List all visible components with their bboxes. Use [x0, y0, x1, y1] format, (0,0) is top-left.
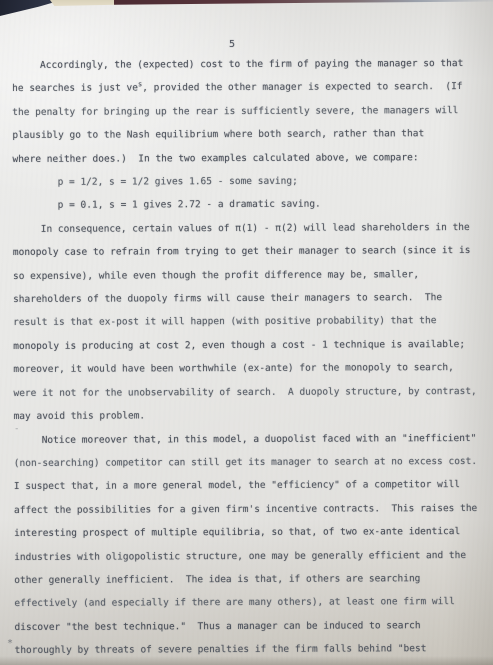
- text-segment: shareholders of the duopoly firms will c…: [13, 292, 442, 305]
- text-line: moreover, it would have been worthwhile …: [13, 356, 489, 381]
- text-segment: may avoid this problem.: [14, 411, 146, 423]
- text-line: Accordingly, the (expected) cost to the …: [12, 52, 488, 77]
- text-line: monopoly case to refrain from trying to …: [13, 239, 489, 264]
- text-line: industries with oligopolistic structure,…: [14, 543, 490, 568]
- margin-asterisk-mark: *: [7, 638, 13, 649]
- text-line: result is that ex-post it will happen (w…: [13, 309, 489, 334]
- text-segment: (non-searching) competitor can still get…: [14, 456, 477, 469]
- text-segment: I suspect that, in a more general model,…: [14, 479, 460, 492]
- text-line: In consequence, certain values of π(1) -…: [13, 216, 489, 241]
- text-line: Notice moreover that, in this model, a d…: [14, 426, 490, 451]
- text-segment: discover "the best technique." Thus a ma…: [14, 620, 420, 633]
- text-segment: In consequence, certain values of π(1) -…: [41, 222, 470, 235]
- text-segment: p = 0.1, s = 1 gives 2.72 - a dramatic s…: [58, 199, 321, 211]
- text-line: so expensive), while even though the pro…: [13, 263, 489, 288]
- text-line: the penalty for bringing up the rear is …: [12, 99, 488, 124]
- text-line: thoroughly by threats of severe penaltie…: [15, 637, 491, 662]
- text-segment: he searches is just ve: [12, 83, 138, 95]
- text-line: shareholders of the duopoly firms will c…: [13, 286, 489, 311]
- text-segment: so expensive), while even though the pro…: [13, 269, 419, 282]
- text-line: monopoly is producing at cost 2, even th…: [13, 333, 489, 358]
- text-line: (non-searching) competitor can still get…: [14, 450, 490, 475]
- text-segment: Notice moreover that, in this model, a d…: [42, 432, 477, 445]
- text-segment: industries with oligopolistic structure,…: [14, 550, 466, 563]
- page-number: 5: [229, 39, 235, 50]
- text-line: where neither does.) In the two examples…: [12, 146, 488, 171]
- text-segment: where neither does.) In the two examples…: [12, 152, 418, 165]
- text-segment: , provided the other manager is expected…: [142, 81, 462, 93]
- margin-pencil-dash: -: [14, 424, 19, 434]
- text-segment: moreover, it would have been worthwhile …: [13, 362, 453, 375]
- text-line: I suspect that, in a more general model,…: [14, 473, 490, 498]
- text-segment: result is that ex-post it will happen (w…: [13, 316, 436, 329]
- text-segment: were it not for the unobservability of s…: [13, 386, 476, 399]
- text-line: p = 1/2, s = 1/2 gives 1.65 - some savin…: [13, 169, 489, 194]
- text-segment: monopoly case to refrain from trying to …: [13, 245, 471, 258]
- text-line: plausibly go to the Nash equilibrium whe…: [12, 122, 488, 147]
- text-segment: interesting prospect of multiple equilib…: [14, 526, 460, 539]
- text-segment: thoroughly by threats of severe penaltie…: [15, 643, 427, 656]
- text-line: affect the possibilities for a given fir…: [14, 497, 490, 522]
- typewritten-text-block: Accordingly, the (expected) cost to the …: [12, 52, 491, 663]
- text-segment: the penalty for bringing up the rear is …: [12, 105, 458, 118]
- text-line: effectively (and especially if there are…: [14, 590, 490, 615]
- text-line: were it not for the unobservability of s…: [13, 380, 489, 405]
- text-line: p = 0.1, s = 1 gives 2.72 - a dramatic s…: [13, 192, 489, 217]
- text-segment: other generally inefficient. The idea is…: [14, 573, 420, 586]
- text-segment: Accordingly, the (expected) cost to the …: [40, 58, 463, 71]
- text-segment: affect the possibilities for a given fir…: [14, 503, 477, 516]
- text-line: discover "the best technique." Thus a ma…: [14, 614, 490, 639]
- text-line: interesting prospect of multiple equilib…: [14, 520, 490, 545]
- text-segment: effectively (and especially if there are…: [14, 596, 454, 609]
- text-line: other generally inefficient. The idea is…: [14, 567, 490, 592]
- text-segment: monopoly is producing at cost 2, even th…: [13, 339, 465, 352]
- photographed-document: { "meta": { "kind": "scanned typewritten…: [0, 0, 493, 665]
- text-segment: plausibly go to the Nash equilibrium whe…: [12, 128, 424, 141]
- text-line: may avoid this problem.: [14, 403, 490, 428]
- text-segment: p = 1/2, s = 1/2 gives 1.65 - some savin…: [58, 176, 298, 188]
- text-line: he searches is just ves, provided the ot…: [12, 75, 488, 100]
